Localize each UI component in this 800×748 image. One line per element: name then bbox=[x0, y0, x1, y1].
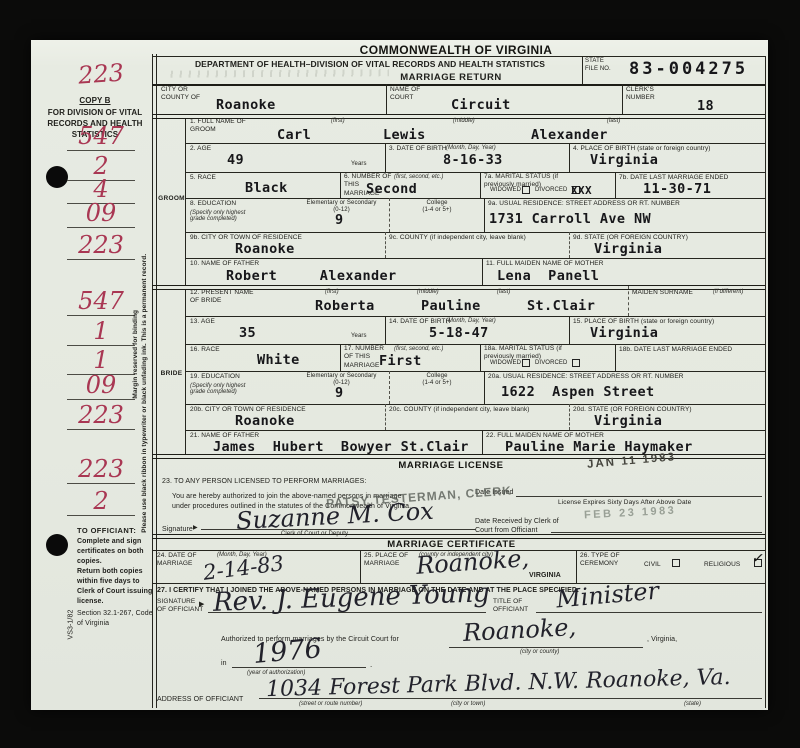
groom-marriage-number-hint: (first, second, etc.) bbox=[394, 174, 443, 180]
groom-dob-hint: (Month, Day, Year) bbox=[446, 145, 496, 151]
margin-red-number: 2 bbox=[67, 489, 135, 516]
cell-divider bbox=[615, 172, 616, 198]
marriage-place-state: VIRGINIA bbox=[529, 571, 561, 580]
religious-label: RELIGIOUS bbox=[704, 561, 740, 569]
cell-divider bbox=[389, 198, 390, 232]
copy-label: COPY B bbox=[39, 96, 151, 106]
city-town-hint: (city or town) bbox=[451, 701, 485, 707]
margin-red-number: 09 bbox=[67, 201, 135, 228]
cell-divider bbox=[386, 84, 387, 115]
authorization-year-value: 1976 bbox=[252, 633, 323, 670]
period-mark: . bbox=[370, 660, 372, 670]
bride-state-value: Virginia bbox=[594, 413, 662, 429]
margin-red-number: 223 bbox=[67, 233, 135, 260]
bride-section-label: BRIDE bbox=[158, 370, 185, 378]
bride-marriage-number-hint: (first, second, etc.) bbox=[394, 346, 443, 352]
to-officiant-title: TO OFFICIANT: bbox=[77, 526, 136, 536]
rule bbox=[185, 143, 765, 144]
last-hint: (last) bbox=[607, 118, 620, 124]
groom-first-name: Carl bbox=[277, 127, 311, 143]
bride-age-value: 35 bbox=[239, 325, 256, 341]
widowed-checkbox bbox=[522, 186, 530, 194]
cell-divider bbox=[340, 344, 341, 371]
document-page: 223 COPY B FOR DIVISION OF VITAL RECORDS… bbox=[31, 40, 768, 710]
groom-mother-value: Lena Panell bbox=[497, 268, 599, 284]
groom-city-value: Roanoke bbox=[235, 241, 295, 257]
maiden-surname-label: MAIDEN SURNAME bbox=[632, 289, 693, 297]
bride-race-value: White bbox=[257, 352, 300, 368]
middle-hint: (middle) bbox=[417, 289, 439, 295]
cell-divider bbox=[484, 198, 485, 232]
officiant-address-label: ADDRESS OF OFFICIANT bbox=[157, 695, 243, 704]
authorization-year-line bbox=[232, 667, 366, 668]
authorized-place-value: Roanoke, bbox=[462, 613, 576, 647]
groom-middle-name: Lewis bbox=[383, 127, 426, 143]
department-title: DEPARTMENT OF HEALTH–DIVISION OF VITAL R… bbox=[161, 59, 579, 70]
bride-elementary-value: 9 bbox=[335, 385, 344, 401]
groom-education-note: (Specify only highest grade completed) bbox=[190, 210, 256, 222]
ceremony-type-label: 26. TYPE OF CEREMONY bbox=[580, 552, 630, 569]
rule bbox=[185, 404, 765, 405]
binding-rule bbox=[152, 54, 153, 708]
groom-pob-value: Virginia bbox=[590, 152, 658, 168]
bride-city-value: Roanoke bbox=[235, 413, 295, 429]
bride-first-name: Roberta bbox=[315, 298, 375, 314]
to-officiant-instruction: Return both copies within five days to C… bbox=[77, 567, 153, 608]
cell-divider bbox=[360, 550, 361, 583]
cell-divider bbox=[615, 344, 616, 371]
license-title: MARRIAGE LICENSE bbox=[351, 460, 551, 471]
year-hint: (year of authorization) bbox=[247, 670, 305, 676]
groom-race-value: Black bbox=[245, 180, 288, 196]
groom-marriage-ended-value: 11-30-71 bbox=[643, 181, 711, 197]
cell-divider bbox=[576, 550, 577, 583]
civil-checkbox bbox=[672, 559, 680, 567]
groom-dob-value: 8-16-33 bbox=[443, 152, 503, 168]
rule bbox=[152, 84, 765, 86]
arrow-right-icon: ▶ bbox=[199, 600, 204, 609]
cell-divider bbox=[385, 316, 386, 344]
groom-age-label: 2. AGE bbox=[190, 145, 211, 153]
cell-divider bbox=[569, 404, 570, 430]
form-code: VS3-1/82 bbox=[66, 590, 75, 660]
margin-red-number: 223 bbox=[67, 403, 135, 430]
cell-divider bbox=[569, 316, 570, 344]
rule bbox=[185, 344, 765, 345]
city-county-value: Roanoke bbox=[216, 97, 276, 113]
cell-divider bbox=[480, 172, 481, 198]
section-column-divider bbox=[185, 119, 186, 286]
maiden-surname-hint: (if different) bbox=[713, 289, 743, 295]
cell-divider bbox=[480, 344, 481, 371]
bride-residence-value: 1622 Aspen Street bbox=[501, 384, 655, 400]
bride-last-name: St.Clair bbox=[527, 298, 595, 314]
city-county-label: CITY OR COUNTY OF bbox=[161, 86, 207, 103]
divorced-label: DIVORCED bbox=[535, 187, 567, 195]
cell-divider bbox=[582, 56, 583, 84]
years-label: Years bbox=[351, 333, 367, 341]
state-hint: (state) bbox=[684, 701, 701, 707]
groom-elementary-value: 9 bbox=[335, 212, 344, 228]
cell-divider bbox=[385, 143, 386, 172]
margin-red-number: 547 bbox=[67, 289, 135, 316]
groom-county-label: 9c. COUNTY (if independent city, leave b… bbox=[389, 234, 569, 242]
first-hint: (first) bbox=[325, 289, 339, 295]
bride-marriage-ended-label: 18b. DATE LAST MARRIAGE ENDED bbox=[619, 346, 764, 354]
groom-last-name: Alexander bbox=[531, 127, 608, 143]
rule bbox=[185, 371, 765, 372]
groom-name-label: 1. FULL NAME OF GROOM bbox=[190, 118, 252, 135]
bride-pob-value: Virginia bbox=[590, 325, 658, 341]
cell-divider bbox=[482, 258, 483, 286]
clerk-number-label: CLERK'S NUMBER bbox=[626, 86, 670, 103]
bride-education-note: (Specify only highest grade completed) bbox=[190, 383, 256, 395]
groom-marriage-number-value: Second bbox=[366, 181, 417, 197]
hole-punch bbox=[46, 166, 68, 188]
bride-race-label: 16. RACE bbox=[190, 346, 220, 354]
cell-divider bbox=[389, 371, 390, 404]
cell-divider bbox=[340, 172, 341, 198]
date-received-line bbox=[551, 532, 762, 533]
groom-residence-label: 9a. USUAL RESIDENCE: STREET ADDRESS OR R… bbox=[488, 200, 758, 208]
arrow-right-icon: ▶ bbox=[193, 525, 198, 533]
bride-name-label: 12. PRESENT NAME OF BRIDE bbox=[190, 289, 254, 306]
bride-dob-hint: (Month, Day, Year) bbox=[446, 318, 496, 324]
permanent-record-note: Please use black ribbon in typewriter or… bbox=[141, 238, 149, 548]
margin-red-number: 09 bbox=[67, 373, 135, 400]
divorced-xxx-mark: XXX bbox=[571, 184, 592, 197]
state-file-label: STATE FILE NO. bbox=[585, 58, 611, 74]
cell-divider bbox=[385, 232, 386, 258]
bride-residence-label: 20a. USUAL RESIDENCE: STREET ADDRESS OR … bbox=[488, 373, 758, 381]
bride-education-label: 19. EDUCATION bbox=[190, 373, 240, 381]
bride-age-label: 13. AGE bbox=[190, 318, 215, 326]
bride-county-label: 20c. COUNTY (if independent city, leave … bbox=[389, 406, 569, 414]
date-received-label: Date Received by Clerk of bbox=[475, 517, 559, 526]
widowed-checkbox bbox=[522, 359, 530, 367]
officiant-address-value: 1034 Forest Park Blvd. N.W. Roanoke, Va. bbox=[266, 665, 731, 702]
last-hint: (last) bbox=[497, 289, 510, 295]
years-label: Years bbox=[351, 161, 367, 169]
cell-divider bbox=[569, 232, 570, 258]
margin-red-number: 1 bbox=[67, 319, 135, 346]
groom-section-label: GROOM bbox=[158, 195, 185, 203]
civil-label: CIVIL bbox=[644, 561, 661, 569]
binding-note: Margin reserved for binding bbox=[132, 279, 140, 429]
bride-marriage-number-value: First bbox=[379, 353, 422, 369]
rule bbox=[185, 198, 765, 199]
widowed-label: WIDOWED bbox=[490, 187, 521, 195]
bride-father-value: James Hubert Bowyer St.Clair bbox=[213, 439, 469, 455]
divorced-label: DIVORCED bbox=[535, 360, 567, 368]
court-value: Circuit bbox=[451, 97, 511, 113]
date-issued-line bbox=[516, 496, 762, 497]
college-hint: (1-4 or 5+) bbox=[393, 207, 481, 215]
signature-label: Signature bbox=[162, 525, 193, 534]
form-right-border bbox=[765, 56, 766, 708]
license-addressee: 23. TO ANY PERSON LICENSED TO PERFORM MA… bbox=[162, 477, 366, 486]
virginia-suffix: , Virginia, bbox=[647, 635, 677, 644]
bride-dob-value: 5-18-47 bbox=[429, 325, 489, 341]
cell-divider bbox=[622, 84, 623, 115]
city-county-hint: (city or county) bbox=[520, 649, 559, 655]
to-officiant-instruction: Complete and sign certificates on both c… bbox=[77, 537, 153, 567]
rule bbox=[152, 56, 765, 57]
cell-divider bbox=[482, 430, 483, 455]
state-file-number: 83-004275 bbox=[629, 59, 748, 79]
code-reference: Section 32.1-267, Code of Virginia bbox=[77, 609, 153, 629]
groom-residence-value: 1731 Carroll Ave NW bbox=[489, 211, 651, 227]
groom-dob-label: 3. DATE OF BIRTH bbox=[389, 145, 447, 153]
margin-red-number: 223 bbox=[67, 457, 135, 484]
in-label: in bbox=[221, 659, 227, 668]
officiant-signature-label: SIGNATURE OF OFFICIANT bbox=[157, 598, 205, 615]
officiant-address-line bbox=[259, 698, 762, 699]
rule bbox=[185, 172, 765, 173]
cell-divider bbox=[385, 404, 386, 430]
court-label: NAME OF COURT bbox=[390, 86, 430, 103]
street-hint: (street or route number) bbox=[299, 701, 362, 707]
bride-middle-name: Pauline bbox=[421, 298, 481, 314]
cell-divider bbox=[484, 371, 485, 404]
first-hint: (first) bbox=[331, 118, 345, 124]
marriage-date-value: 2-14-83 bbox=[202, 551, 285, 585]
rule bbox=[185, 258, 765, 259]
authorized-place-line bbox=[449, 647, 643, 648]
groom-father-value: Robert Alexander bbox=[226, 268, 397, 284]
rule bbox=[185, 232, 765, 233]
return-title: MARRIAGE RETURN bbox=[351, 72, 551, 84]
rule bbox=[185, 430, 765, 431]
groom-state-value: Virginia bbox=[594, 241, 662, 257]
margin-red-number: 223 bbox=[66, 60, 136, 89]
middle-hint: (middle) bbox=[453, 118, 475, 124]
rule bbox=[185, 316, 765, 317]
groom-race-label: 5. RACE bbox=[190, 174, 216, 182]
officiant-title-label: TITLE OF OFFICIANT bbox=[493, 598, 535, 615]
cell-divider bbox=[628, 286, 629, 316]
groom-age-value: 49 bbox=[227, 152, 244, 168]
commonwealth-title: COMMONWEALTH OF VIRGINIA bbox=[341, 43, 571, 57]
margin-red-number: 547 bbox=[67, 124, 135, 151]
divorced-checkbox bbox=[572, 359, 580, 367]
widowed-label: WIDOWED bbox=[490, 360, 521, 368]
groom-education-label: 8. EDUCATION bbox=[190, 200, 236, 208]
religious-check-mark-icon: ✓ bbox=[751, 548, 766, 568]
cell-divider bbox=[569, 143, 570, 172]
marriage-place-label: 25. PLACE OF MARRIAGE bbox=[364, 552, 416, 569]
clerk-number-value: 18 bbox=[697, 98, 714, 114]
college-hint: (1-4 or 5+) bbox=[393, 380, 481, 388]
hole-punch bbox=[46, 534, 68, 556]
